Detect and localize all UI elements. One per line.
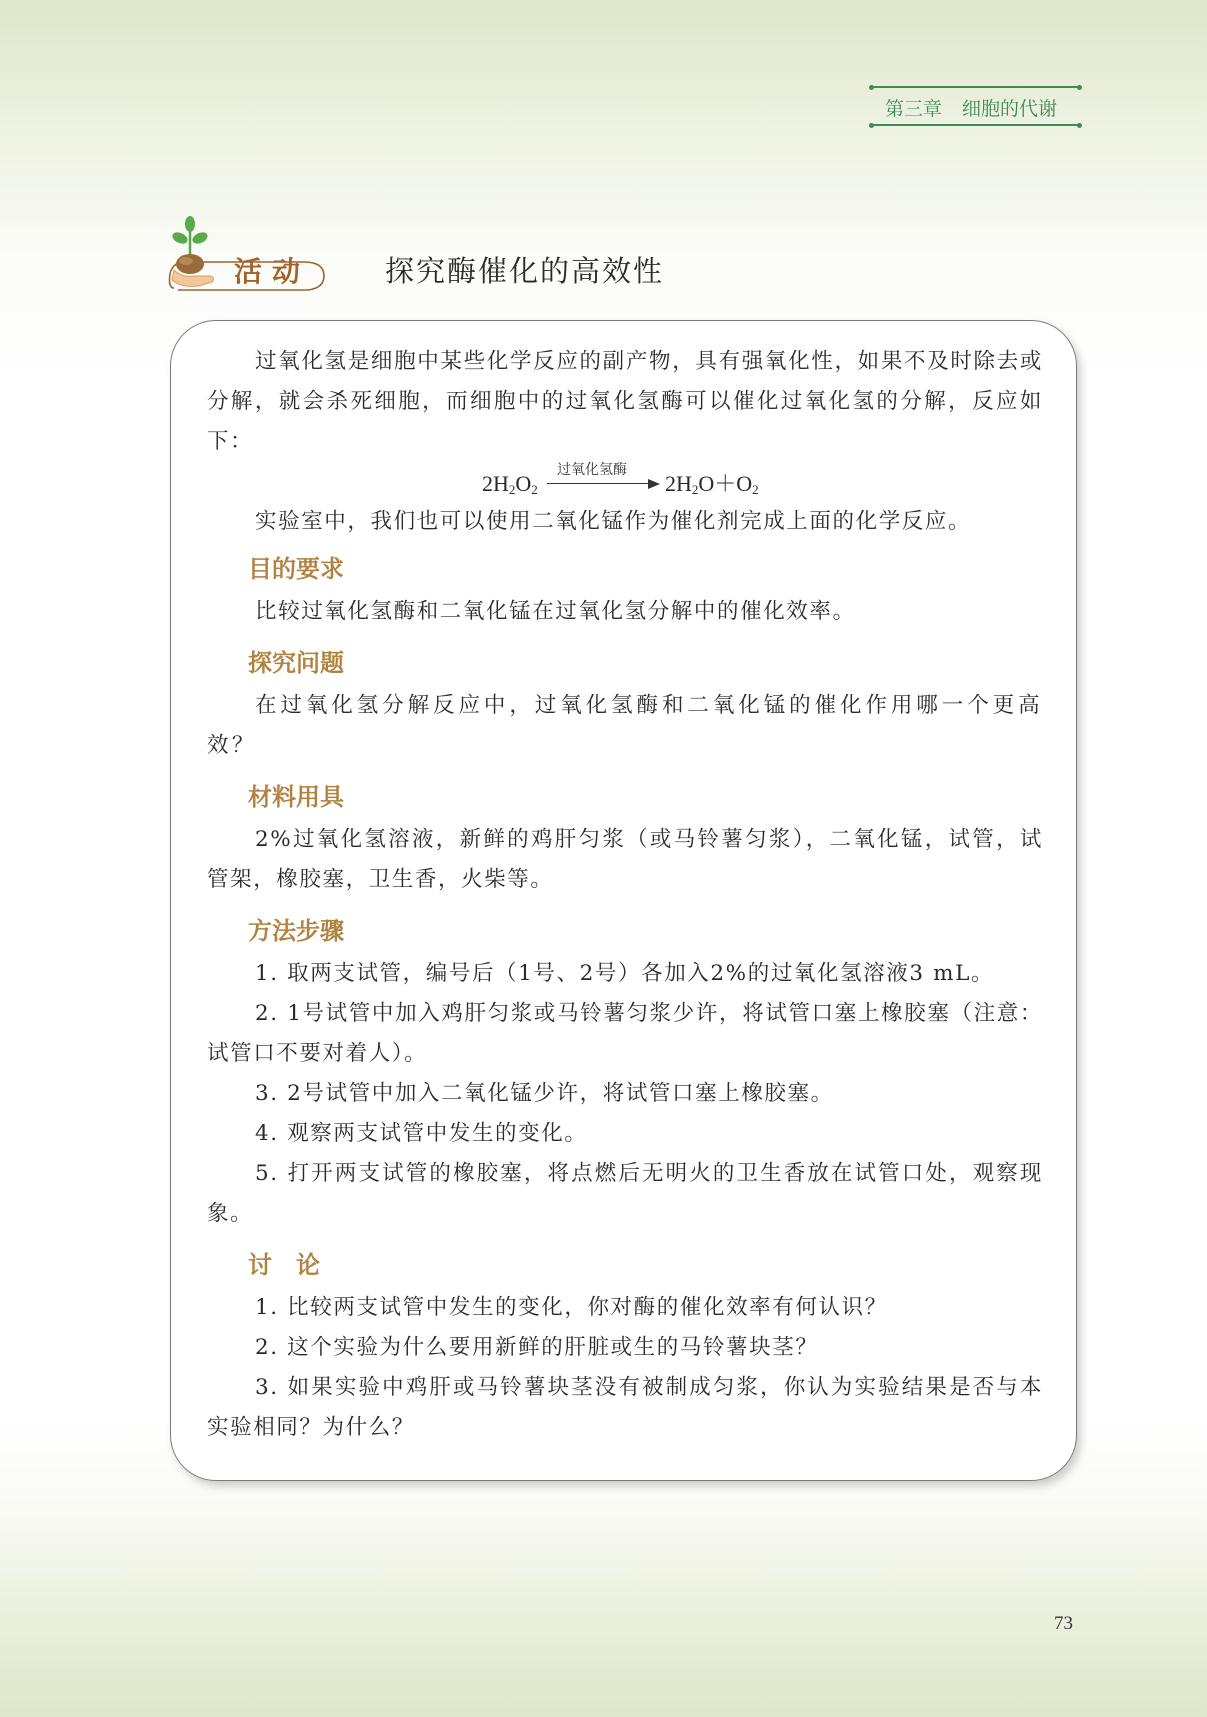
objective-text: 比较过氧化氢酶和二氧化锰在过氧化氢分解中的催化效率。 bbox=[207, 592, 1043, 632]
chapter-number: 第三章 bbox=[885, 98, 942, 120]
intro-paragraph-2: 实验室中，我们也可以使用二氧化锰作为催化剂完成上面的化学反应。 bbox=[207, 502, 1043, 542]
method-step: 5. 打开两支试管的橡胶塞，将点燃后无明火的卫生香放在试管口处，观察现象。 bbox=[207, 1154, 1043, 1234]
equation-reactant: 2H2O2 bbox=[482, 464, 538, 510]
discussion-heading-part: 论 bbox=[296, 1251, 320, 1279]
materials-text: 2%过氧化氢溶液，新鲜的鸡肝匀浆（或马铃薯匀浆），二氧化锰，试管，试管架，橡胶塞… bbox=[207, 820, 1043, 900]
section-heading-discussion: 讨论 bbox=[207, 1248, 1043, 1282]
intro-paragraph: 过氧化氢是细胞中某些化学反应的副产物，具有强氧化性，如果不及时除去或分解，就会杀… bbox=[207, 342, 1043, 462]
chapter-title: 细胞的代谢 bbox=[962, 98, 1057, 120]
method-step: 2. 1号试管中加入鸡肝匀浆或马铃薯匀浆少许，将试管口塞上橡胶塞（注意：试管口不… bbox=[207, 994, 1043, 1074]
activity-content: 过氧化氢是细胞中某些化学反应的副产物，具有强氧化性，如果不及时除去或分解，就会杀… bbox=[207, 342, 1043, 1448]
method-step: 4. 观察两支试管中发生的变化。 bbox=[207, 1114, 1043, 1154]
activity-title: 探究酶催化的高效性 bbox=[385, 249, 664, 290]
method-step: 1. 取两支试管，编号后（1号、2号）各加入2%的过氧化氢溶液3 mL。 bbox=[207, 954, 1043, 994]
discussion-item: 2. 这个实验为什么要用新鲜的肝脏或生的马铃薯块茎？ bbox=[207, 1328, 1043, 1368]
section-heading-materials: 材料用具 bbox=[207, 780, 1043, 814]
discussion-item: 1. 比较两支试管中发生的变化，你对酶的催化效率有何认识？ bbox=[207, 1288, 1043, 1328]
page-number: 73 bbox=[1054, 1613, 1073, 1635]
equation-products: 2H2O＋O2 bbox=[665, 464, 759, 510]
chapter-heading: 第三章细胞的代谢 bbox=[885, 94, 1057, 121]
reaction-arrow-icon: 过氧化氢酶 bbox=[547, 460, 661, 490]
discussion-item: 3. 如果实验中鸡肝或马铃薯块茎没有被制成匀浆，你认为实验结果是否与本实验相同？… bbox=[207, 1368, 1043, 1448]
activity-badge: 活动 bbox=[168, 216, 328, 292]
section-heading-question: 探究问题 bbox=[207, 646, 1043, 680]
activity-badge-label: 活动 bbox=[234, 250, 310, 290]
method-step: 3. 2号试管中加入二氧化锰少许，将试管口塞上橡胶塞。 bbox=[207, 1074, 1043, 1114]
chapter-header: 第三章细胞的代谢 bbox=[871, 86, 1080, 126]
discussion-heading-part: 讨 bbox=[248, 1251, 272, 1279]
chemical-equation: 2H2O2 过氧化氢酶 2H2O＋O2 bbox=[207, 458, 1043, 502]
question-text: 在过氧化氢分解反应中，过氧化氢酶和二氧化锰的催化作用哪一个更高效？ bbox=[207, 686, 1043, 766]
header-bottom-rule bbox=[871, 124, 1080, 126]
section-heading-objective: 目的要求 bbox=[207, 552, 1043, 586]
header-top-rule bbox=[871, 86, 1080, 88]
section-heading-methods: 方法步骤 bbox=[207, 914, 1043, 948]
